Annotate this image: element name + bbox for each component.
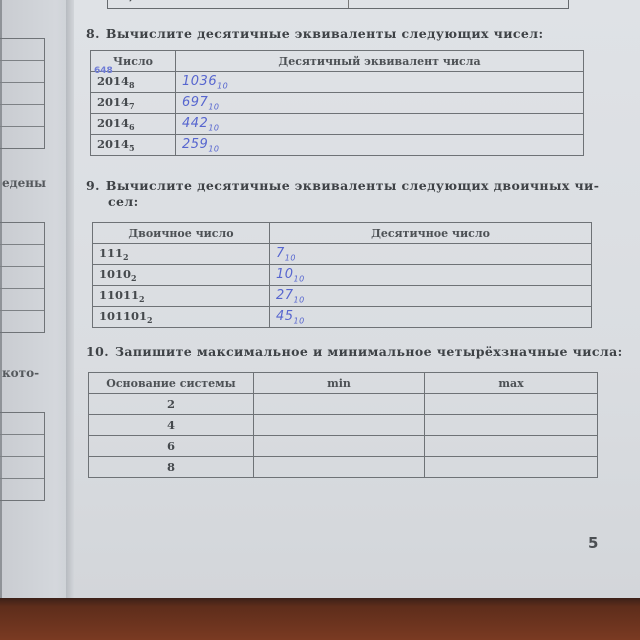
answer-cell[interactable]: 25910 — [176, 135, 584, 156]
table-row: 6 — [89, 436, 598, 457]
base-cell: 2 — [89, 394, 254, 415]
number-cell: 20147 — [91, 93, 176, 114]
answer-value: 259 — [182, 137, 208, 152]
number-value: 2014 — [97, 137, 129, 151]
answer-cell[interactable]: 44210 — [176, 114, 584, 135]
base-cell: 4 — [89, 415, 254, 436]
answer-base: 10 — [294, 295, 305, 304]
handwritten-scribble: 648 — [94, 66, 113, 76]
page-number: 5 — [588, 534, 598, 552]
answer-base: 10 — [208, 144, 219, 153]
answer-value: 1036 — [182, 74, 217, 89]
table-surface — [0, 598, 640, 640]
task-8-heading: 8.Вычислите десятичные эквиваленты следу… — [86, 26, 543, 41]
base-cell: 6 — [89, 436, 254, 457]
binary-value: 111 — [99, 246, 123, 260]
number-value: 2014 — [97, 95, 129, 109]
table-row: 10110124510 — [93, 307, 592, 328]
answer-value: 442 — [182, 116, 208, 131]
binary-value: 1010 — [99, 267, 131, 281]
number-cell: 20145 — [91, 135, 176, 156]
task-9-heading-cont: сел: — [108, 194, 139, 209]
binary-base: 2 — [123, 252, 129, 262]
number-base: 5 — [129, 143, 135, 153]
task-9-heading: 9.Вычислите десятичные эквиваленты следу… — [86, 178, 599, 193]
table-row: 2014769710 — [91, 93, 584, 114]
min-cell[interactable] — [254, 394, 425, 415]
min-cell[interactable] — [254, 415, 425, 436]
answer-cell[interactable]: 103610 — [176, 72, 584, 93]
table-row: 4 — [89, 415, 598, 436]
table-row: 1101122710 — [93, 286, 592, 307]
answer-base: 10 — [208, 123, 219, 132]
number-cell: 20146 — [91, 114, 176, 135]
table-row: 2014525910 — [91, 135, 584, 156]
task-8-text: Вычислите десятичные эквиваленты следующ… — [106, 26, 544, 41]
base-cell: 8 — [89, 457, 254, 478]
task-9-table: Двоичное число Десятичное число 11127101… — [92, 222, 592, 328]
binary-value: 11011 — [99, 288, 139, 302]
table-row: 8 — [89, 457, 598, 478]
previous-table-handwriting: 1·5 + 2·5⁰ + 3·5 — [358, 0, 447, 2]
task-9-number: 9. — [86, 178, 100, 193]
answer-base: 10 — [208, 102, 219, 111]
answer-value: 27 — [276, 288, 294, 303]
answer-base: 10 — [294, 316, 305, 325]
column-header-max: max — [425, 373, 598, 394]
number-cell: 20148648 — [91, 72, 176, 93]
workbook-page: 12,3₅ 1·5 + 2·5⁰ + 3·5 8.Вычислите десят… — [74, 0, 640, 598]
answer-base: 10 — [285, 253, 296, 262]
answer-value: 10 — [276, 267, 294, 282]
max-cell[interactable] — [425, 415, 598, 436]
column-header-decimal-equivalent: Десятичный эквивалент числа — [176, 51, 584, 72]
min-cell[interactable] — [254, 436, 425, 457]
binary-base: 2 — [139, 294, 145, 304]
binary-number-cell: 1112 — [93, 244, 270, 265]
column-header-binary-number: Двоичное число — [93, 223, 270, 244]
answer-value: 697 — [182, 95, 208, 110]
answer-value: 7 — [276, 246, 285, 261]
answer-value: 45 — [276, 309, 294, 324]
task-9-text-line1: Вычислите десятичные эквиваленты следующ… — [106, 178, 599, 193]
column-header-base: Основание системы — [89, 373, 254, 394]
table-row: 1112710 — [93, 244, 592, 265]
previous-table-fragment: 12,3₅ 1·5 + 2·5⁰ + 3·5 — [107, 0, 569, 9]
binary-number-cell: 1011012 — [93, 307, 270, 328]
left-page-table-middle — [0, 222, 45, 333]
task-10-heading: 10.Запишите максимальное и минимальное ч… — [86, 344, 623, 359]
binary-base: 2 — [147, 315, 153, 325]
previous-table-cell: 12,3₅ — [114, 0, 146, 3]
left-page-word-2: кото- — [2, 366, 39, 380]
number-base: 8 — [129, 80, 135, 90]
left-facing-page: едены кото- — [0, 0, 70, 600]
number-value: 2014 — [97, 74, 129, 88]
number-base: 6 — [129, 122, 135, 132]
decimal-answer-cell[interactable]: 1010 — [270, 265, 592, 286]
binary-base: 2 — [131, 273, 137, 283]
answer-base: 10 — [294, 274, 305, 283]
task-10-number: 10. — [86, 344, 109, 359]
left-page-table-bottom — [0, 412, 45, 501]
column-header-decimal-number: Десятичное число — [270, 223, 592, 244]
task-9-text-line2: сел: — [108, 194, 139, 209]
table-row: 2 — [89, 394, 598, 415]
max-cell[interactable] — [425, 436, 598, 457]
min-cell[interactable] — [254, 457, 425, 478]
max-cell[interactable] — [425, 394, 598, 415]
binary-value: 101101 — [99, 309, 147, 323]
answer-base: 10 — [217, 81, 228, 90]
number-base: 7 — [129, 101, 135, 111]
table-row: 20148648103610 — [91, 72, 584, 93]
decimal-answer-cell[interactable]: 4510 — [270, 307, 592, 328]
table-row: 101021010 — [93, 265, 592, 286]
binary-number-cell: 110112 — [93, 286, 270, 307]
task-8-table: Число Десятичный эквивалент числа 201486… — [90, 50, 584, 156]
table-row: 2014644210 — [91, 114, 584, 135]
task-8-number: 8. — [86, 26, 100, 41]
decimal-answer-cell[interactable]: 710 — [270, 244, 592, 265]
column-header-min: min — [254, 373, 425, 394]
answer-cell[interactable]: 69710 — [176, 93, 584, 114]
left-page-word-1: едены — [2, 176, 46, 190]
number-value: 2014 — [97, 116, 129, 130]
task-10-table: Основание системы min max 2468 — [88, 372, 598, 478]
max-cell[interactable] — [425, 457, 598, 478]
decimal-answer-cell[interactable]: 2710 — [270, 286, 592, 307]
binary-number-cell: 10102 — [93, 265, 270, 286]
left-page-table-top — [0, 38, 45, 149]
task-10-text: Запишите максимальное и минимальное четы… — [115, 344, 623, 359]
